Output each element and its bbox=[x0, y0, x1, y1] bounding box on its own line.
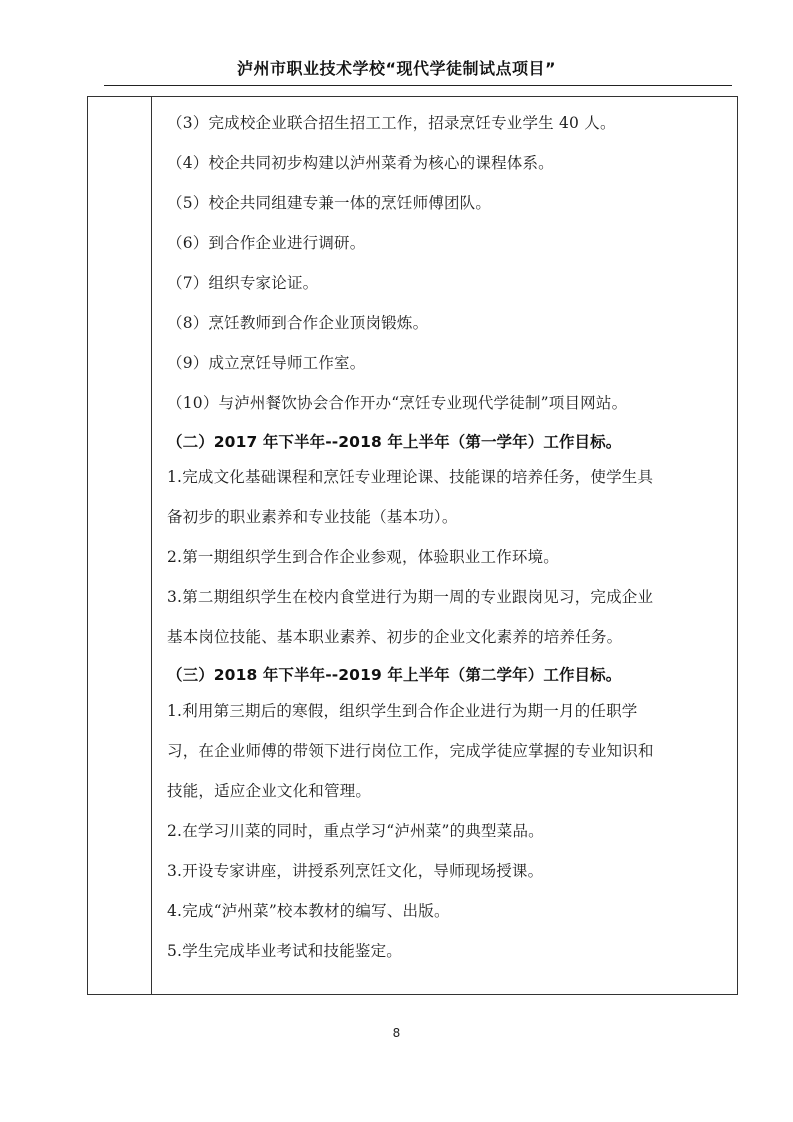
list-item: （9）成立烹饪导师工作室。 bbox=[167, 351, 365, 373]
list-item: （5）校企共同组建专兼一体的烹饪师傅团队。 bbox=[167, 191, 491, 213]
table-left-cell bbox=[88, 97, 152, 994]
content-table: （3）完成校企业联合招生招工工作，招录烹饪专业学生 40 人。 （4）校企共同初… bbox=[87, 96, 738, 995]
list-item: 基本岗位技能、基本职业素养、初步的企业文化素养的培养任务。 bbox=[167, 625, 622, 647]
list-item: 1.完成文化基础课程和烹饪专业理论课、技能课的培养任务，使学生具 bbox=[167, 465, 653, 487]
section-heading: （三）2018 年下半年--2019 年上半年（第二学年）工作目标。 bbox=[167, 663, 621, 685]
list-item: 1.利用第三期后的寒假，组织学生到合作企业进行为期一月的任职学 bbox=[167, 699, 638, 721]
list-item: （10）与泸州餐饮协会合作开办“烹饪专业现代学徒制”项目网站。 bbox=[167, 391, 627, 413]
list-item: 3.第二期组织学生在校内食堂进行为期一周的专业跟岗见习，完成企业 bbox=[167, 585, 653, 607]
list-item: 2.第一期组织学生到合作企业参观，体验职业工作环境。 bbox=[167, 545, 559, 567]
list-item: 4.完成“泸州菜”校本教材的编写、出版。 bbox=[167, 899, 450, 921]
section-heading: （二）2017 年下半年--2018 年上半年（第一学年）工作目标。 bbox=[167, 430, 621, 452]
list-item: （6）到合作企业进行调研。 bbox=[167, 231, 365, 253]
page-header-title: 泸州市职业技术学校“现代学徒制试点项目” bbox=[0, 56, 793, 79]
list-item: （7）组织专家论证。 bbox=[167, 271, 318, 293]
list-item: 2.在学习川菜的同时，重点学习“泸州菜”的典型菜品。 bbox=[167, 819, 544, 841]
page-number: 8 bbox=[0, 1026, 793, 1040]
list-item: （4）校企共同初步构建以泸州菜肴为核心的课程体系。 bbox=[167, 151, 554, 173]
list-item: 备初步的职业素养和专业技能（基本功）。 bbox=[167, 505, 458, 527]
list-item: （3）完成校企业联合招生招工工作，招录烹饪专业学生 40 人。 bbox=[167, 111, 616, 133]
list-item: 习，在企业师傅的带领下进行岗位工作，完成学徒应掌握的专业知识和 bbox=[167, 739, 654, 761]
table-content-cell: （3）完成校企业联合招生招工工作，招录烹饪专业学生 40 人。 （4）校企共同初… bbox=[152, 97, 737, 994]
header-rule bbox=[104, 85, 732, 86]
list-item: 5.学生完成毕业考试和技能鉴定。 bbox=[167, 939, 402, 961]
list-item: 技能，适应企业文化和管理。 bbox=[167, 779, 371, 801]
list-item: （8）烹饪教师到合作企业顶岗锻炼。 bbox=[167, 311, 428, 333]
list-item: 3.开设专家讲座，讲授系列烹饪文化，导师现场授课。 bbox=[167, 859, 543, 881]
